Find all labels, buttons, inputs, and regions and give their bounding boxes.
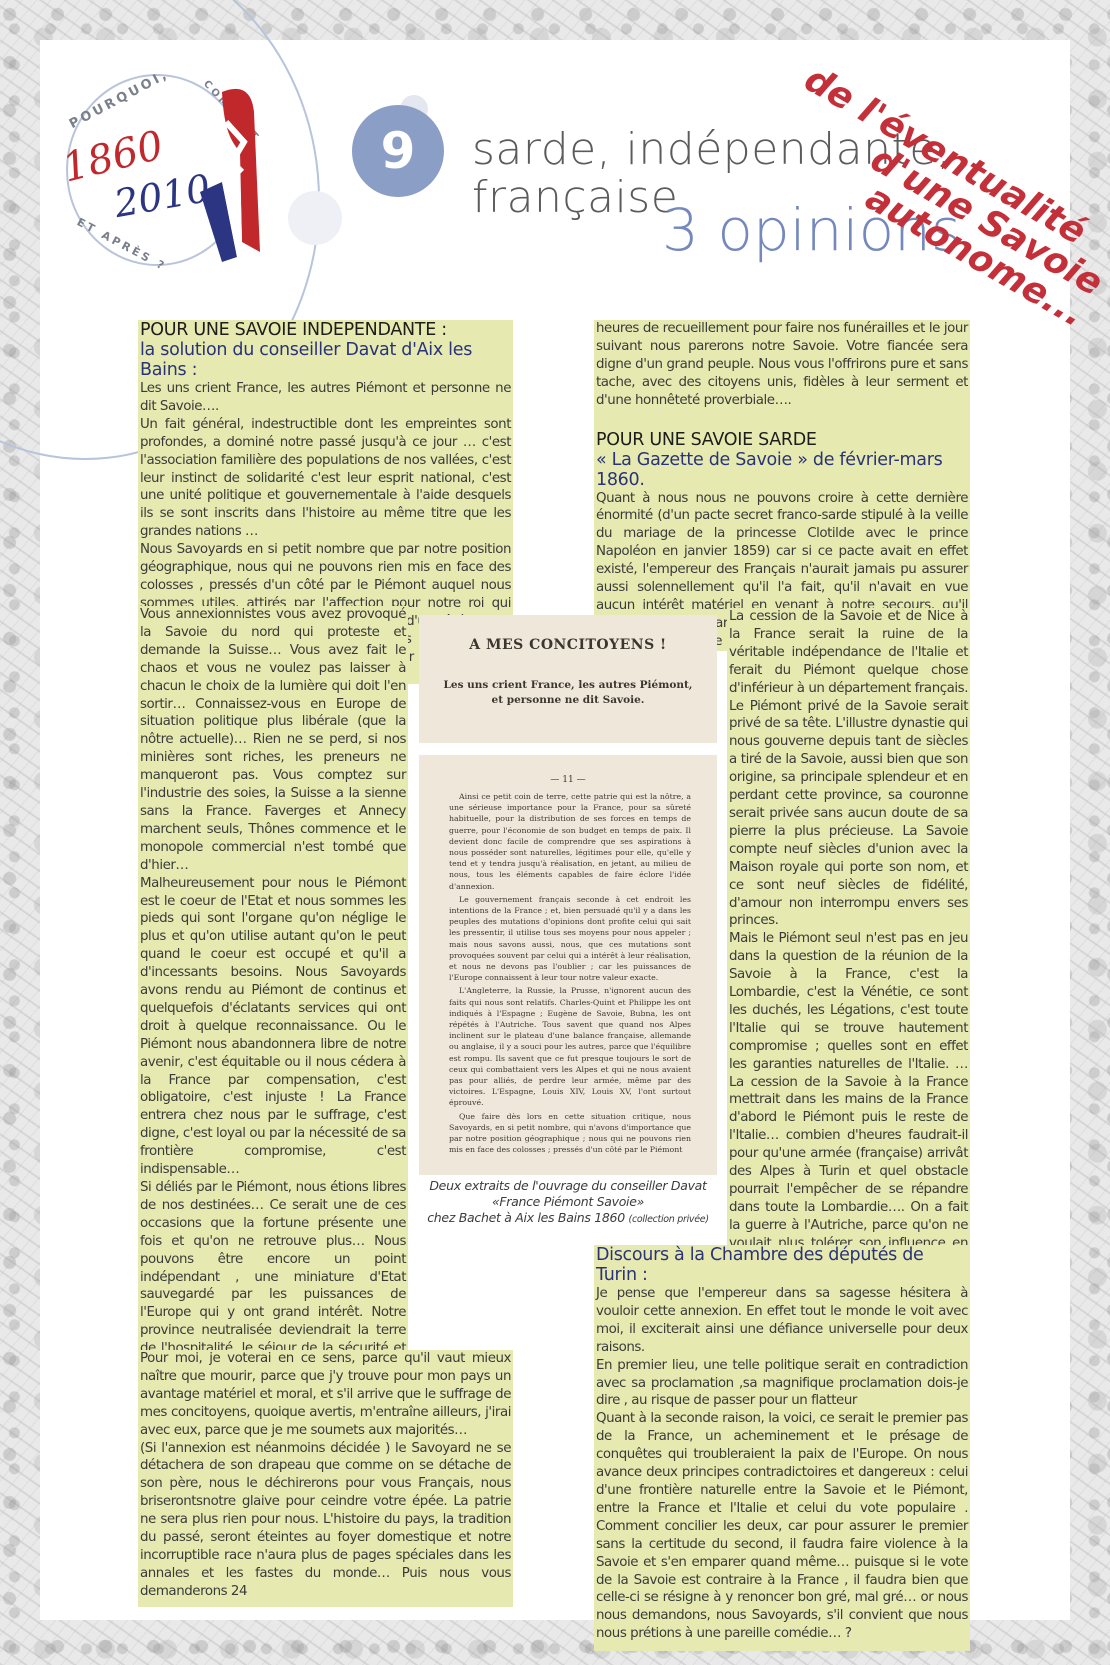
left-article-column-bottom: Pour moi, je voterai en ce sens, parce q… [138, 1350, 513, 1607]
paragraph: Pour moi, je voterai en ce sens, parce q… [140, 1350, 511, 1440]
article-body-bottom: Pour moi, je voterai en ce sens, parce q… [138, 1350, 513, 1607]
scan-page-number: — 11 — [419, 775, 717, 785]
image-caption: Deux extraits de l'ouvrage du conseiller… [418, 1178, 718, 1228]
section-heading-turin: Discours à la Chambre des députés de Tur… [594, 1245, 970, 1285]
paragraph: En premier lieu, une telle politique ser… [596, 1357, 968, 1411]
right-article-column-narrow: La cession de la Savoie et de Nice à la … [727, 608, 970, 1306]
continuation-text: heures de recueillement pour faire nos f… [594, 320, 970, 430]
scan-title: A MES CONCITOYENS ! [419, 637, 717, 653]
section-heading-sarde: POUR UNE SAVOIE SARDE [594, 430, 970, 450]
right-article-column-bottom: Discours à la Chambre des députés de Tur… [594, 1245, 970, 1651]
section-subheading-davat: la solution du conseiller Davat d'Aix le… [138, 340, 513, 380]
paragraph: Un fait général, indestructible dont les… [140, 416, 511, 541]
chapter-number-badge: 9 [352, 105, 444, 197]
scan-book-page: — 11 — Ainsi ce petit coin de terre, cet… [419, 755, 717, 1175]
right-article-column: heures de recueillement pour faire nos f… [594, 320, 970, 651]
paragraph: Malheureusement pour nous le Piémont est… [140, 875, 406, 1179]
scan-title-page: A MES CONCITOYENS ! Les uns crient Franc… [419, 615, 717, 743]
paragraph: Les uns crient France, les autres Piémon… [140, 380, 511, 416]
paragraph: heures de recueillement pour faire nos f… [596, 320, 968, 410]
article-body-turin: Je pense que l'empereur dans sa sagesse … [594, 1285, 970, 1651]
section-subheading-gazette: « La Gazette de Savoie » de février-mars… [594, 450, 970, 490]
page-title-line2: française [472, 172, 678, 223]
scan-subtitle: Les uns crient France, les autres Piémon… [419, 678, 717, 708]
section-heading-independante: POUR UNE SAVOIE INDEPENDANTE : [138, 320, 513, 340]
commemorative-logo: POURQUOI, COMMENT ET APRÈS ? 1860 2010 [62, 70, 252, 270]
article-body-sarde-narrow: La cession de la Savoie et de Nice à la … [727, 608, 970, 1306]
decorative-dot [288, 191, 342, 245]
paragraph: Vous annexionnistes vous avez provoqué l… [140, 606, 406, 875]
paragraph: Quant à la seconde raison, la voici, ce … [596, 1410, 968, 1643]
scan-body: Ainsi ce petit coin de terre, cette patr… [419, 785, 717, 1156]
paragraph: (Si l'annexion est néanmoins décidée ) l… [140, 1440, 511, 1601]
paragraph: La cession de la Savoie et de Nice à la … [729, 608, 968, 930]
paragraph: Je pense que l'empereur dans sa sagesse … [596, 1285, 968, 1357]
